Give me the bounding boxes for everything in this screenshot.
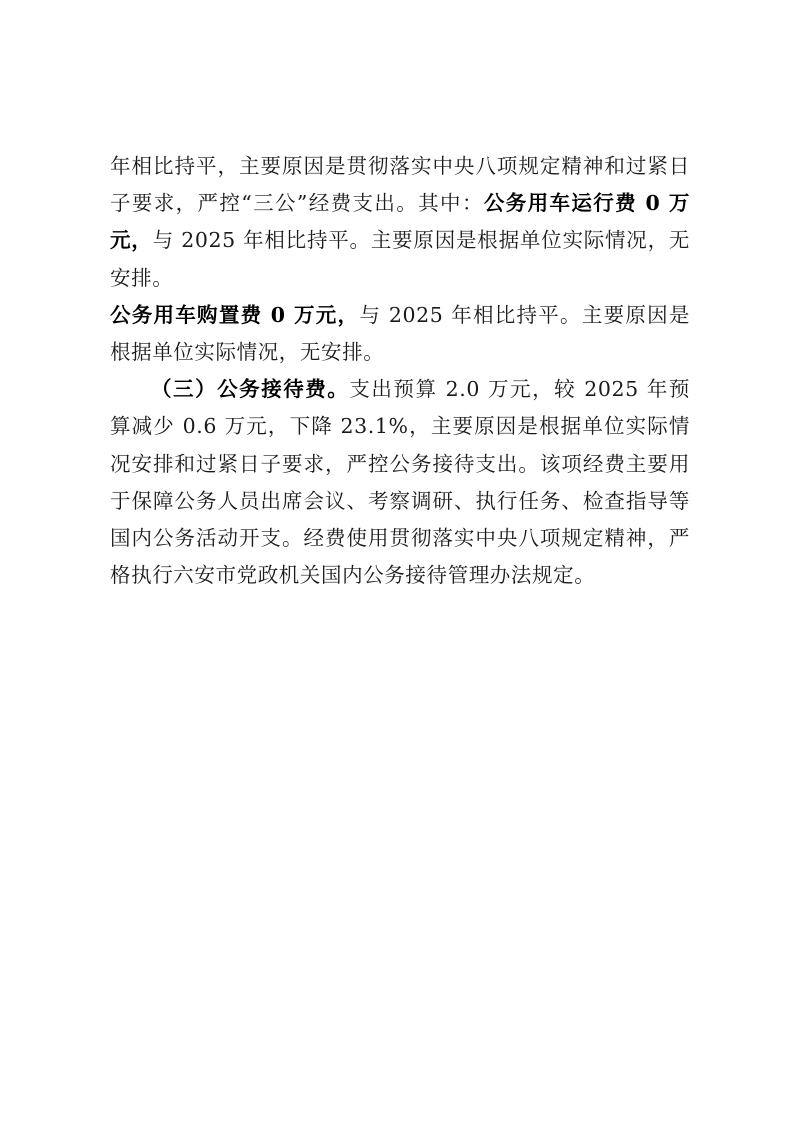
paragraph-reception-expenses: （三）公务接待费。支出预算 2.0 万元，较 2025 年预算减少 0.6 万元… xyxy=(110,371,690,594)
document-body: 年相比持平，主要原因是贯彻落实中央八项规定精神和过紧日子要求，严控“三公”经费支… xyxy=(110,148,690,594)
text-segment: 支出预算 2.0 万元，较 2025 年预算减少 0.6 万元，下降 23.1%… xyxy=(110,377,690,587)
reception-expenses-heading: （三）公务接待费。 xyxy=(151,377,349,401)
text-segment: 与 2025 年相比持平。主要原因是根据单位实际情况，无安排。 xyxy=(110,228,690,289)
vehicle-purchase-cost-heading: 公务用车购置费 0 万元， xyxy=(110,303,359,327)
paragraph-three-public-expenses: 年相比持平，主要原因是贯彻落实中央八项规定精神和过紧日子要求，严控“三公”经费支… xyxy=(110,148,690,371)
